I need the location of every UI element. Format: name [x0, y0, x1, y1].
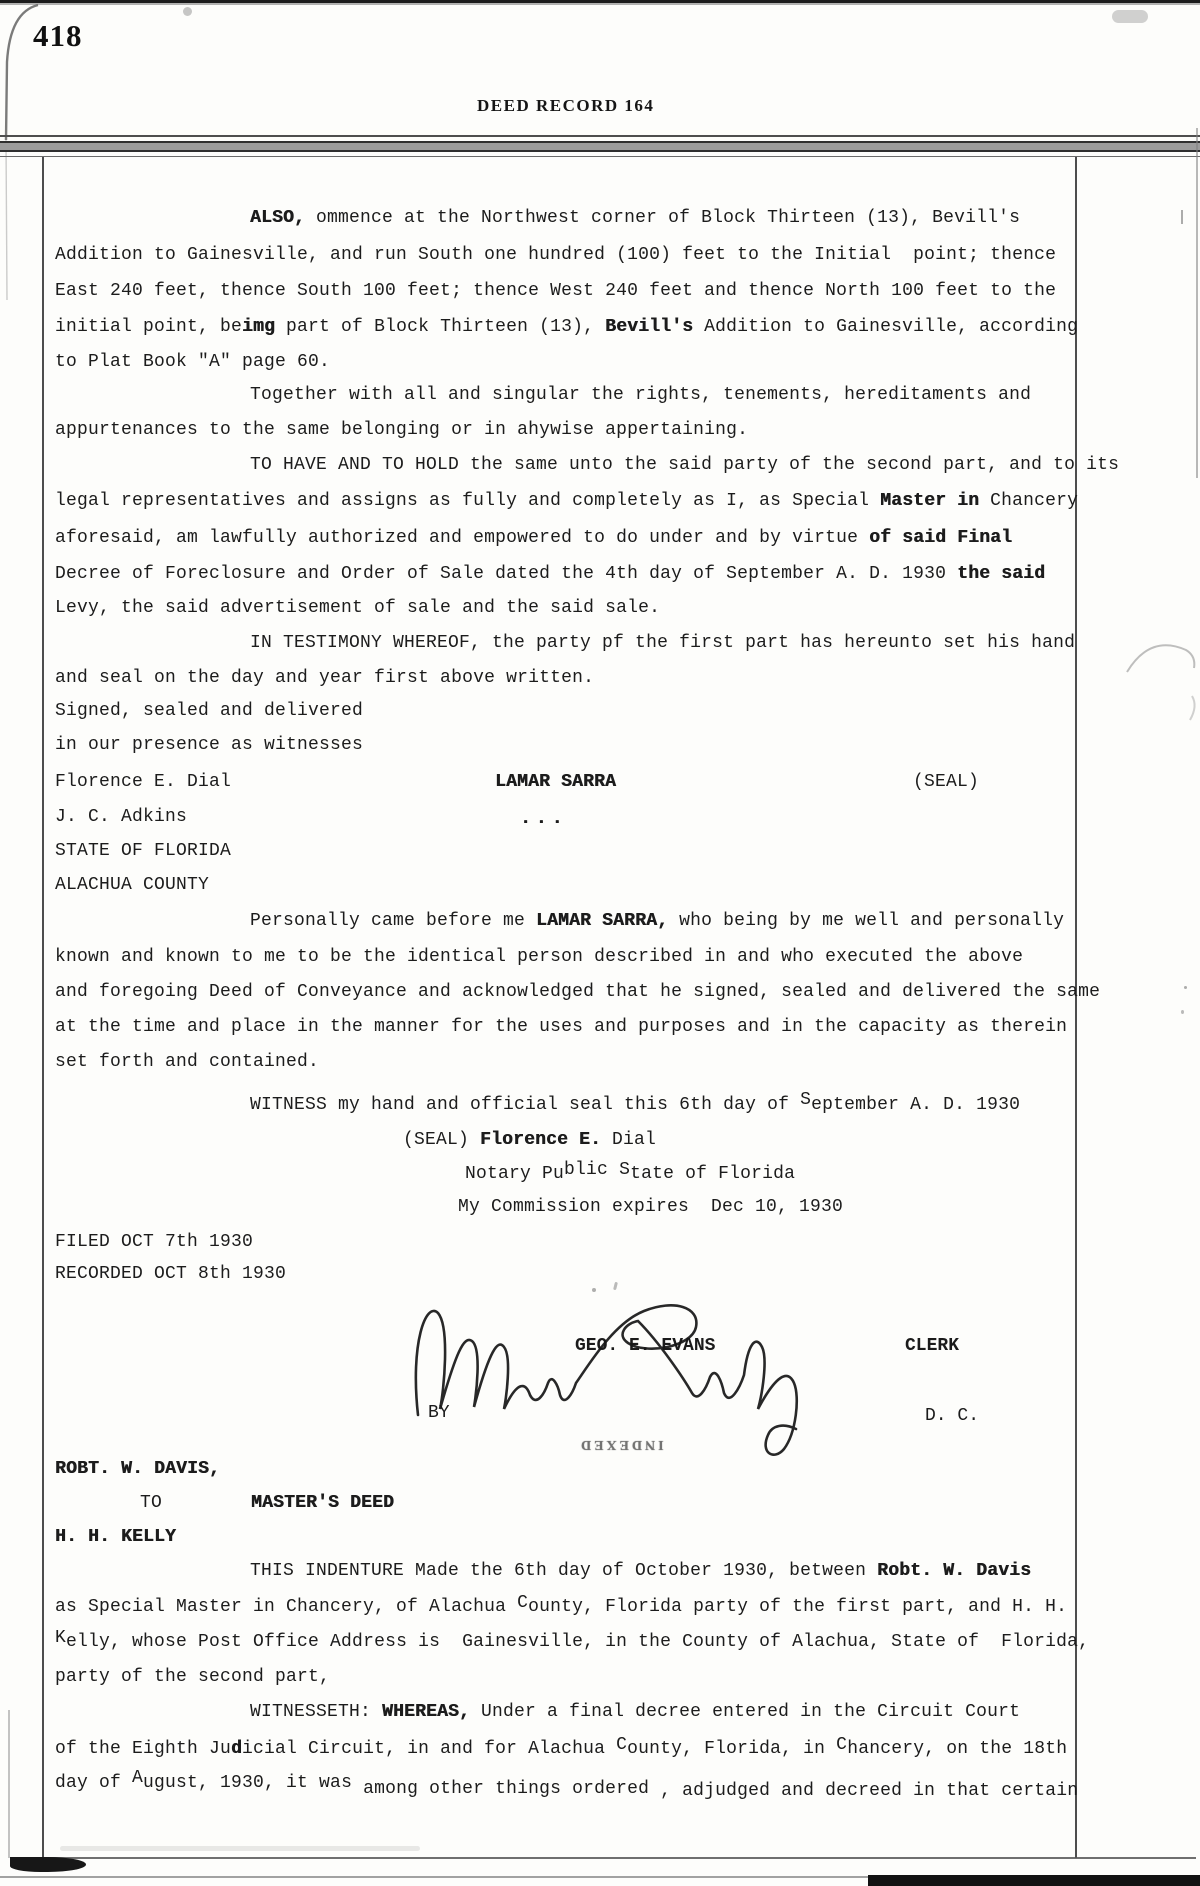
text-line: Signed, sealed and delivered	[55, 700, 363, 722]
scan-edge-bottom-right	[868, 1875, 1200, 1886]
text-line: (SEAL) Florence E. Dial	[403, 1129, 656, 1151]
bottom-smear	[60, 1846, 420, 1851]
text-line: J. C. Adkins	[55, 806, 187, 828]
text-line: Levy, the said advertisement of sale and…	[55, 597, 660, 619]
text-line: TO	[140, 1492, 162, 1514]
text-line: day of August, 1930, it was among other …	[55, 1772, 1078, 1794]
text-line: (SEAL)	[913, 771, 979, 793]
text-line: Decree of Foreclosure and Order of Sale …	[55, 563, 1045, 585]
text-line: initial point, beimg part of Block Thirt…	[55, 316, 1078, 338]
text-line: known and known to me to be the identica…	[55, 946, 1023, 968]
scan-blob-bottom-left	[10, 1857, 86, 1872]
text-line: Florence E. Dial	[55, 771, 231, 793]
bottom-rule	[40, 1857, 1196, 1859]
text-line: of the Eighth Judicial Circuit, in and f…	[55, 1738, 1067, 1760]
pencil-dot	[1181, 1010, 1184, 1014]
text-line: IN TESTIMONY WHEREOF, the party pf the f…	[250, 632, 1075, 654]
text-line: set forth and contained.	[55, 1051, 319, 1073]
pencil-tick	[1181, 210, 1183, 224]
text-line: as Special Master in Chancery, of Alachu…	[55, 1596, 1067, 1618]
text-line: Personally came before me LAMAR SARRA, w…	[250, 910, 1064, 932]
clerk-title: CLERK	[905, 1335, 959, 1357]
text-line: ALSO, ommence at the Northwest corner of…	[250, 207, 1020, 229]
text-line: ALACHUA COUNTY	[55, 874, 209, 896]
text-line: WITNESS my hand and official seal this 6…	[250, 1094, 1020, 1116]
scanned-deed-page: { "page": { "number": "418", "header": "…	[0, 0, 1200, 1886]
text-line: MASTER'S DEED	[251, 1492, 394, 1514]
text-line: aforesaid, am lawfully authorized and em…	[55, 527, 1012, 549]
text-line: FILED OCT 7th 1930	[55, 1231, 253, 1253]
text-line: appurtenances to the same belonging or i…	[55, 419, 748, 441]
scan-edge-right	[1196, 128, 1198, 478]
scan-edge-top-shadow	[0, 3, 1200, 5]
text-line: ...	[520, 808, 567, 830]
scan-edge-left-bottom	[8, 1710, 10, 1858]
text-line: Together with all and singular the right…	[250, 384, 1031, 406]
page-number: 418	[33, 18, 83, 54]
text-line: and foregoing Deed of Conveyance and ack…	[55, 981, 1100, 1003]
right-rule	[1075, 157, 1077, 1858]
header-rule-band	[0, 141, 1200, 152]
pencil-dot	[1184, 986, 1187, 989]
text-line: Notary Public State of Florida	[465, 1163, 795, 1185]
text-line: Addition to Gainesville, and run South o…	[55, 244, 1056, 266]
left-rule	[42, 157, 44, 1858]
text-line: at the time and place in the manner for …	[55, 1016, 1067, 1038]
text-line: H. H. KELLY	[55, 1526, 176, 1548]
indexed-stamp: INDEXED	[578, 1436, 664, 1452]
text-line: My Commission expires Dec 10, 1930	[458, 1196, 843, 1218]
clerk-deputy-initials: D. C.	[925, 1405, 979, 1427]
text-line: in our presence as witnesses	[55, 734, 363, 756]
text-line: LAMAR SARRA	[495, 771, 616, 793]
header-rule-thin-top	[0, 135, 1200, 137]
text-line: party of the second part,	[55, 1666, 330, 1688]
pencil-mark	[592, 1288, 596, 1292]
text-line: STATE OF FLORIDA	[55, 840, 231, 862]
text-line: RECORDED OCT 8th 1930	[55, 1263, 286, 1285]
scan-smudge-dot	[183, 7, 192, 16]
header-rule-thin-bottom	[0, 156, 1200, 157]
text-line: WITNESSETH: WHEREAS, Under a final decre…	[250, 1701, 1020, 1723]
text-line: THIS INDENTURE Made the 6th day of Octob…	[250, 1560, 1031, 1582]
text-line: East 240 feet, thence South 100 feet; th…	[55, 280, 1056, 302]
text-line: TO HAVE AND TO HOLD the same unto the sa…	[250, 454, 1119, 476]
text-line: Kelly, whose Post Office Address is Gain…	[55, 1631, 1089, 1653]
text-line: to Plat Book "A" page 60.	[55, 351, 330, 373]
pencil-curl	[1120, 625, 1200, 735]
page-header: DEED RECORD 164	[477, 96, 654, 116]
text-line: and seal on the day and year first above…	[55, 667, 594, 689]
text-line: legal representatives and assigns as ful…	[55, 490, 1078, 512]
text-line: ROBT. W. DAVIS,	[55, 1458, 220, 1480]
scan-smudge-topright	[1112, 10, 1148, 23]
